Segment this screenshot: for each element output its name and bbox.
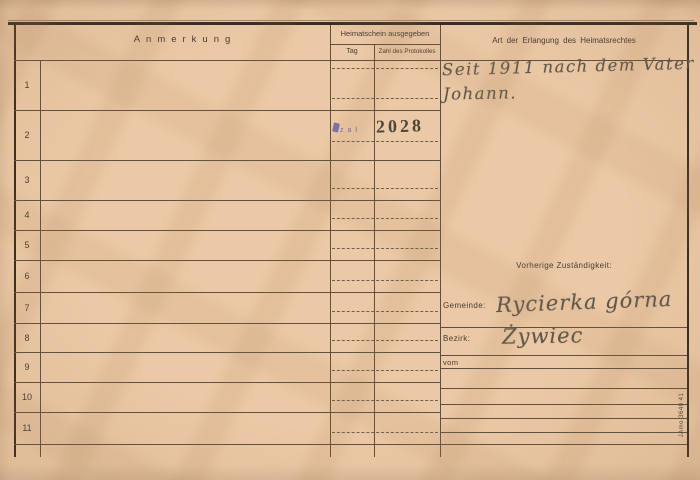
row-number-cell: 10 bbox=[14, 382, 40, 412]
row-number-cell: 11 bbox=[14, 412, 40, 444]
column-header-anmerkung: Anmerkung bbox=[40, 34, 330, 45]
vom-rule bbox=[440, 368, 687, 369]
row-rule bbox=[14, 230, 440, 231]
dashed-guide bbox=[332, 68, 438, 69]
row-number: 10 bbox=[22, 392, 32, 402]
vorherige-zustaendigkeit-label: Vorherige Zuständigkeit: bbox=[440, 261, 688, 270]
row-number: 9 bbox=[24, 362, 29, 372]
row-rule bbox=[14, 382, 440, 383]
stamp-number: 2028 bbox=[376, 115, 425, 137]
row-number-cell: 7 bbox=[14, 292, 40, 323]
row-number-cell: 5 bbox=[14, 230, 40, 260]
row-number-cell: 8 bbox=[14, 323, 40, 352]
row-number: 3 bbox=[24, 175, 29, 185]
column-header-zahl-des-protokolles: Zahl des Protokolles bbox=[374, 48, 440, 55]
row-number: 8 bbox=[24, 333, 29, 343]
column-header-heimatschein: Heimatschein ausgegeben bbox=[330, 29, 440, 38]
row-number-cell: 2 bbox=[14, 110, 40, 160]
handwriting-gemeinde-value: Rycierka górna bbox=[496, 287, 673, 317]
row-rule bbox=[14, 352, 440, 353]
gemeinde-label: Gemeinde: bbox=[443, 301, 486, 310]
row-rule bbox=[14, 200, 440, 201]
row-rule bbox=[14, 444, 440, 445]
dashed-guide bbox=[332, 248, 438, 249]
top-heavy-rule bbox=[8, 22, 697, 25]
top-thin-rule bbox=[8, 20, 694, 21]
blank-rule bbox=[440, 404, 687, 405]
blank-rule bbox=[440, 418, 687, 419]
heimatschein-subheader-rule bbox=[330, 44, 440, 45]
row-number-cell: 1 bbox=[14, 60, 40, 110]
dashed-guide bbox=[332, 218, 438, 219]
handwriting-bezirk-value: Żywiec bbox=[502, 323, 584, 348]
row-number-cell: 6 bbox=[14, 260, 40, 292]
blank-rule bbox=[440, 432, 687, 433]
handwriting-art-line1: Seit 1911 nach dem Vater bbox=[442, 54, 695, 80]
dashed-guide bbox=[332, 280, 438, 281]
printer-code: JAmo 3640 41 bbox=[679, 383, 685, 447]
dashed-guide bbox=[332, 432, 438, 433]
stamp-prefix: zał bbox=[340, 127, 361, 134]
row-rule bbox=[14, 260, 440, 261]
row-number: 7 bbox=[24, 303, 29, 313]
dashed-guide bbox=[332, 400, 438, 401]
row-number-cell: 4 bbox=[14, 200, 40, 230]
row-rule bbox=[14, 160, 440, 161]
row-rule bbox=[14, 323, 440, 324]
row-number: 1 bbox=[24, 80, 29, 90]
row-rule bbox=[14, 412, 440, 413]
row-number: 5 bbox=[24, 240, 29, 250]
row-rule bbox=[14, 292, 440, 293]
dashed-guide bbox=[332, 98, 438, 99]
handwriting-art-line2: Johann. bbox=[443, 83, 517, 103]
column-header-tag: Tag bbox=[330, 48, 374, 55]
zahl-column-right-rule bbox=[440, 25, 441, 457]
row-number: 6 bbox=[24, 271, 29, 281]
right-border-rule bbox=[687, 22, 689, 457]
dashed-guide bbox=[332, 370, 438, 371]
blank-rule bbox=[440, 388, 687, 389]
dashed-guide bbox=[332, 340, 438, 341]
stamp-ink-mark bbox=[332, 122, 340, 132]
row-number-cell: 3 bbox=[14, 160, 40, 200]
column-header-art-der-erlangung: Art der Erlangung des Heimatsrechtes bbox=[440, 36, 688, 45]
row-number-cell: 9 bbox=[14, 352, 40, 382]
scanned-form-page: Anmerkung Heimatschein ausgegeben Tag Za… bbox=[0, 0, 700, 480]
row-number: 11 bbox=[22, 423, 31, 433]
dashed-guide bbox=[332, 311, 438, 312]
row-rule bbox=[14, 110, 440, 111]
tag-zahl-divider-rule bbox=[374, 44, 375, 457]
number-column-rule bbox=[40, 60, 41, 457]
row-number: 4 bbox=[24, 210, 29, 220]
dashed-guide bbox=[332, 188, 438, 189]
tag-column-left-rule bbox=[330, 25, 331, 457]
bezirk-label: Bezirk: bbox=[443, 334, 470, 343]
vom-label: vom bbox=[443, 358, 458, 367]
row-number: 2 bbox=[24, 130, 29, 140]
registry-stamp: zał 2028 bbox=[330, 114, 440, 144]
blank-rule bbox=[440, 444, 687, 445]
bezirk-rule bbox=[440, 355, 687, 356]
